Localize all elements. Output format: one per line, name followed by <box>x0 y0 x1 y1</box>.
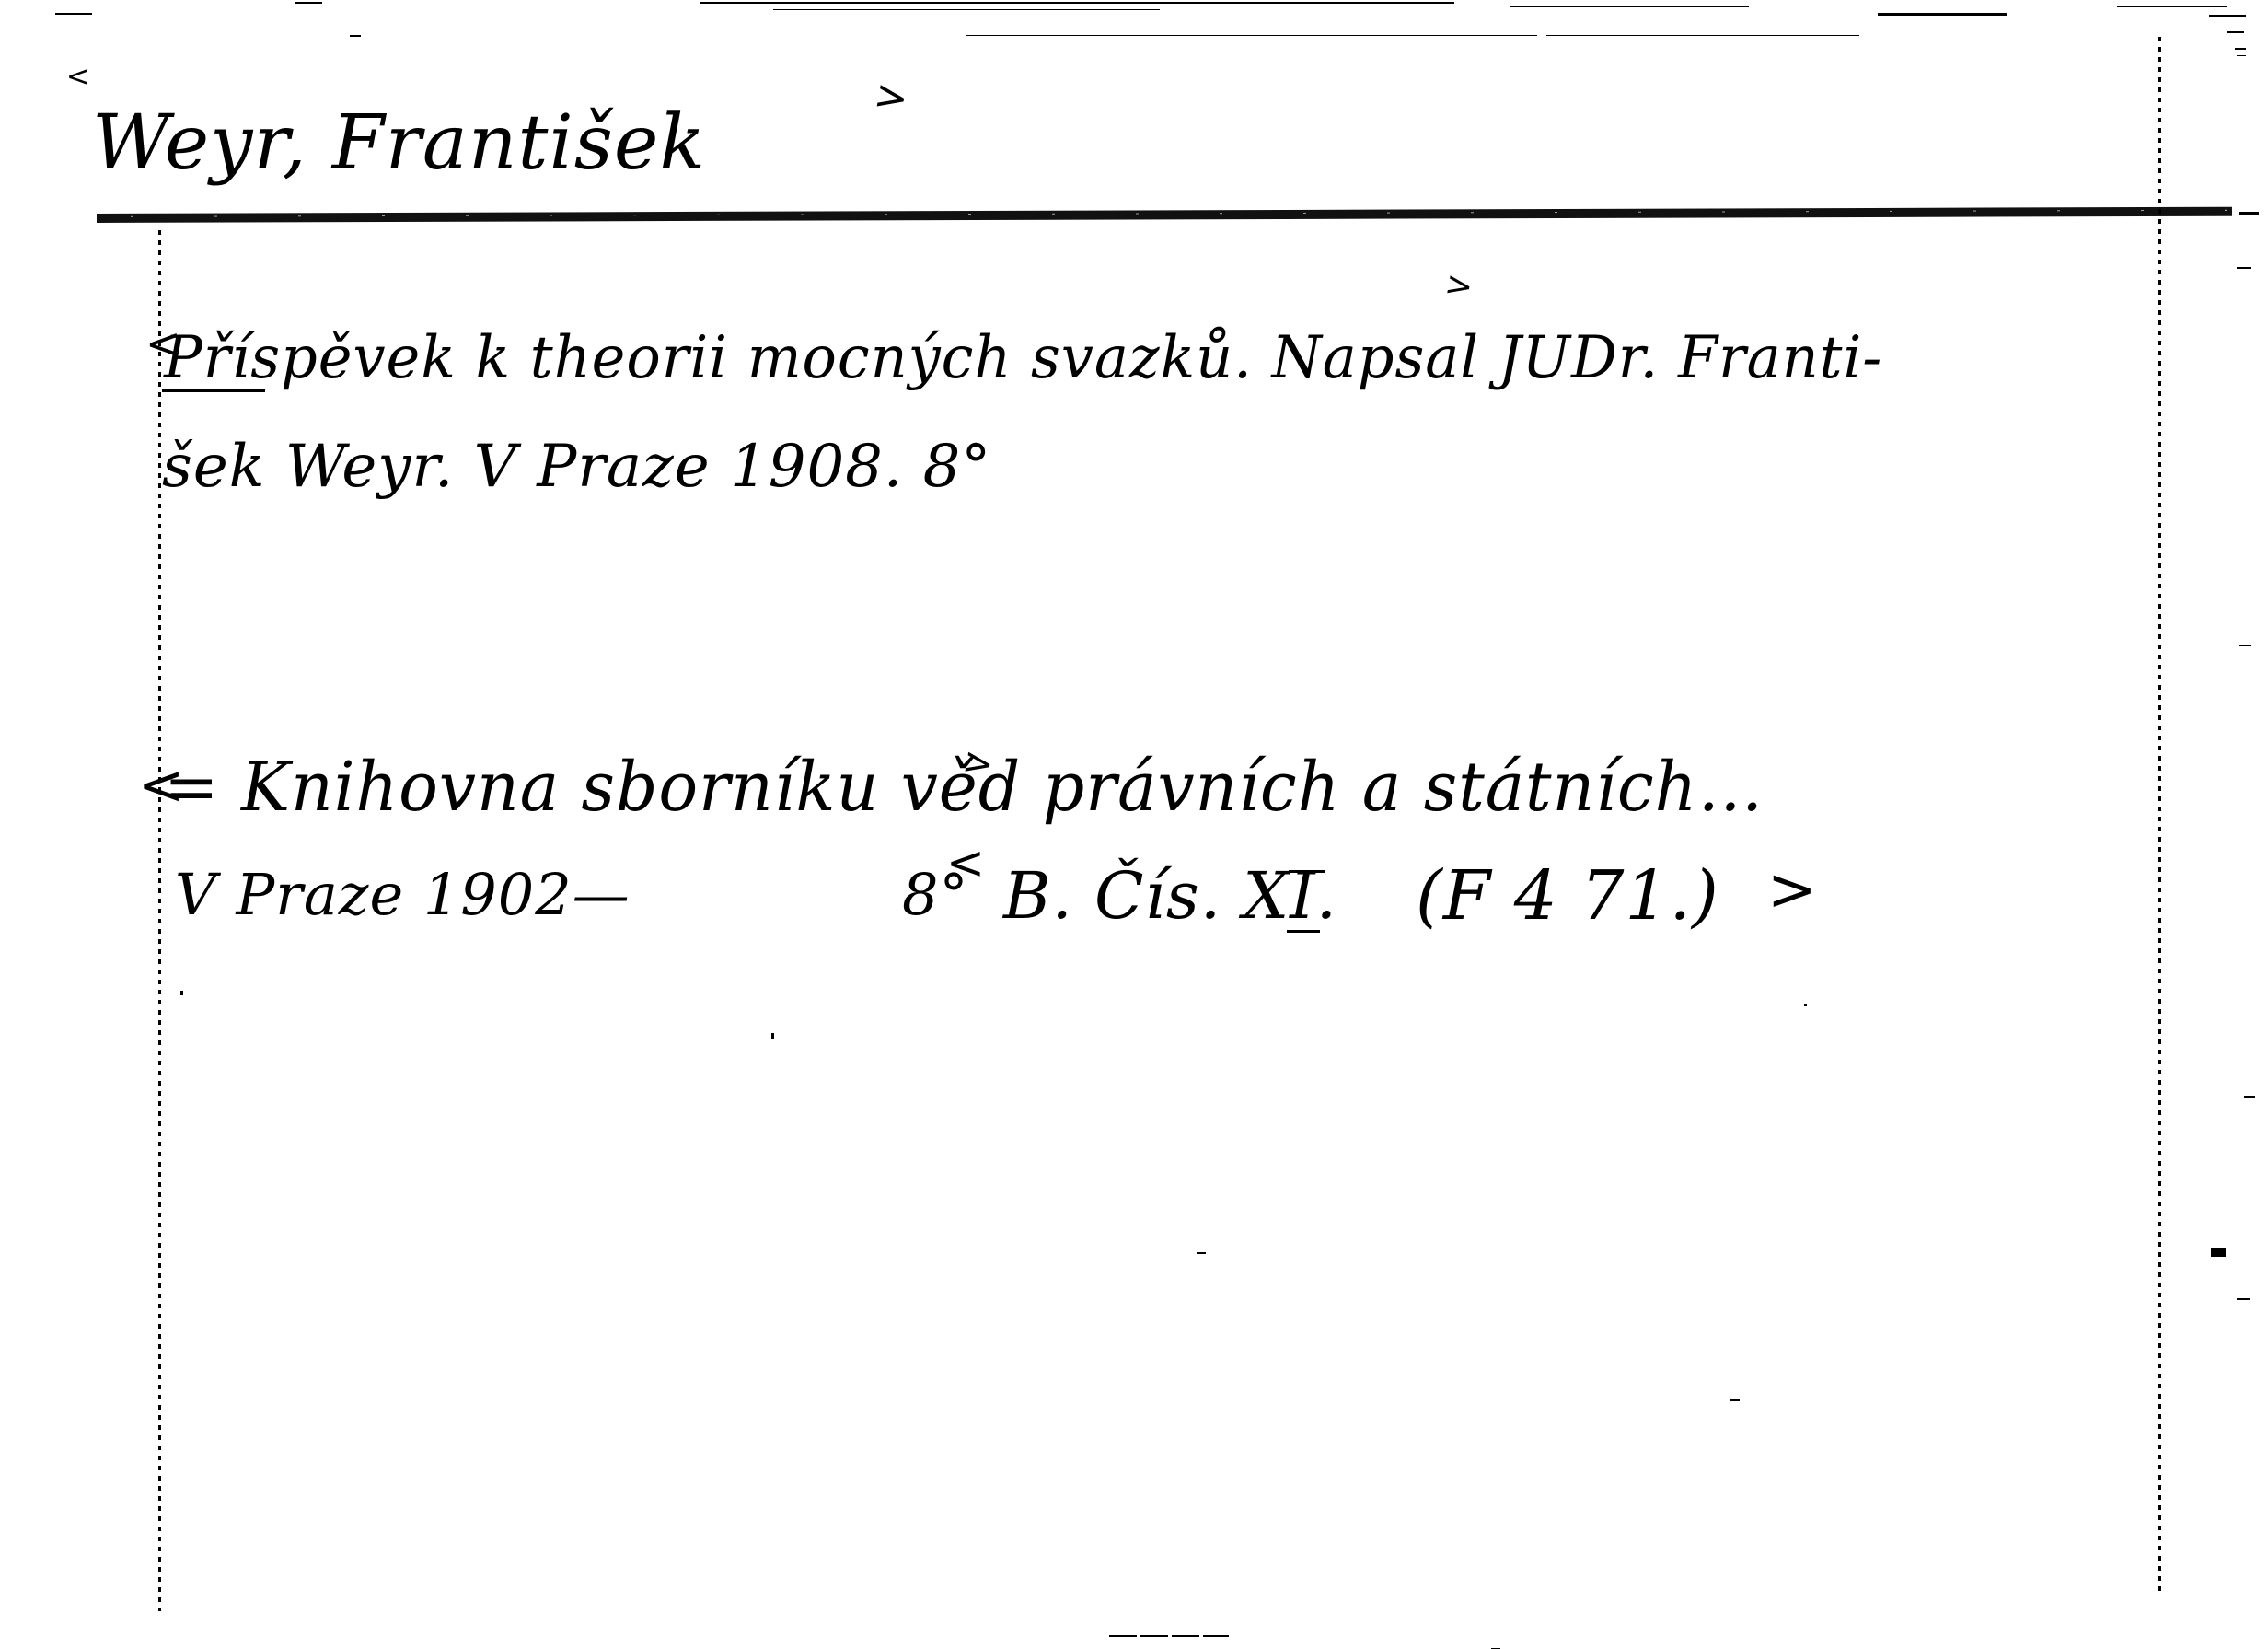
scan-speck <box>2239 212 2259 215</box>
roman-numeral-overline <box>1289 870 1325 873</box>
close-bracket-mark: > <box>1442 265 1476 308</box>
scan-speck <box>2237 267 2251 269</box>
scan-speck <box>2227 31 2244 33</box>
open-bracket-mark: < <box>66 61 89 93</box>
series-place-date: V Praze 1902— <box>175 861 631 928</box>
left-margin-line <box>158 230 161 1611</box>
scan-edge-noise <box>0 0 2268 37</box>
scan-speck <box>1197 1252 1206 1254</box>
close-bracket-mark: > <box>1767 856 1817 924</box>
scan-speck <box>2244 1096 2255 1098</box>
scan-speck <box>771 1033 774 1039</box>
scan-speck <box>2239 645 2251 646</box>
card-heading-author: Weyr, František <box>92 99 706 187</box>
series-format: 8° <box>902 861 968 928</box>
heading-rule <box>97 207 2232 223</box>
scan-speck <box>2237 55 2246 56</box>
title-underline <box>162 389 265 392</box>
scan-speck <box>2235 48 2246 50</box>
right-margin-line <box>2158 37 2161 1593</box>
scan-speck <box>1804 1004 1807 1006</box>
scan-speck <box>2211 1248 2226 1257</box>
series-reference: B. Čís. XI. <box>1003 858 1337 934</box>
scan-speck <box>180 991 183 995</box>
scan-speck <box>2237 1298 2250 1300</box>
close-bracket-mark: > <box>871 71 912 123</box>
entry-line-2: šek Weyr. V Praze 1908. 8° <box>162 433 991 501</box>
shelfmark: (F 4 71.) <box>1416 856 1719 935</box>
bottom-edge-rule <box>1109 1635 1229 1637</box>
roman-numeral-underline <box>1287 930 1320 933</box>
scan-speck <box>1730 1399 1740 1401</box>
entry-line-1: Příspěvek k theorii mocných svazků. Naps… <box>164 324 1882 392</box>
